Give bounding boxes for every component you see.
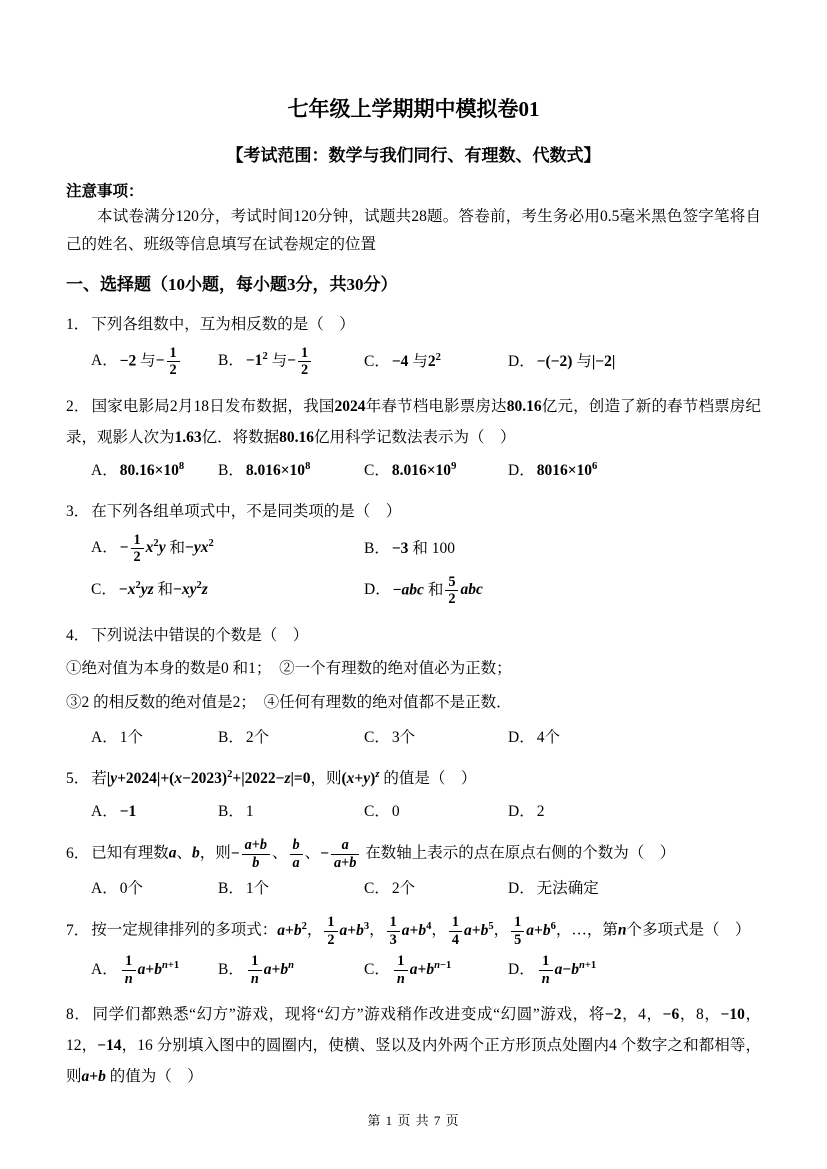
question-2-number: 2． (66, 398, 90, 415)
question-5-options: A．−1 B．1 C．0 D．2 (91, 799, 761, 825)
option-label: B． (218, 961, 244, 978)
question-1-option-d: D．−(−2) 与|−2| (508, 349, 761, 375)
question-1-option-b: B．−12 与−12 (218, 345, 364, 379)
option-label: C． (364, 961, 390, 978)
option-text: 1 (246, 803, 254, 820)
question-6-text: 已知有理数a、b，则−a+bb、ba、−aa+b 在数轴上表示的点在原点右侧的个… (91, 845, 675, 862)
option-label: D． (508, 729, 535, 746)
question-7: 7．按一定规律排列的多项式：a+b2，12a+b3，13a+b4，14a+b5，… (66, 914, 761, 987)
exam-scope: 【考试范围：数学与我们同行、有理数、代数式】 (66, 146, 761, 166)
option-label: D． (364, 581, 391, 598)
option-text: −1 (120, 803, 137, 820)
question-3-option-a: A．−12x2y 和−yx2 (91, 532, 364, 566)
question-5-option-a: A．−1 (91, 799, 218, 825)
option-label: B． (218, 352, 244, 369)
question-3-number: 3． (66, 503, 89, 520)
option-label: A． (91, 462, 118, 479)
question-3-option-d: D．−abc 和52abc (364, 574, 761, 608)
question-1-text: 下列各组数中，互为相反数的是（ ） (91, 316, 355, 333)
question-3-stem: 3．在下列各组单项式中，不是同类项的是（ ） (66, 496, 761, 527)
question-7-option-d: D．1na−bn+1 (508, 953, 761, 987)
option-label: A． (91, 803, 118, 820)
question-2-option-c: C．8.016×109 (364, 458, 508, 484)
option-label: D． (508, 880, 535, 897)
question-7-text: 按一定规律排列的多项式：a+b2，12a+b3，13a+b4，14a+b5，15… (91, 922, 750, 939)
option-label: A． (91, 729, 118, 746)
option-text: −(−2) 与|−2| (537, 353, 616, 370)
question-4-statements-2: ③2 的相反数的绝对值是2； ④任何有理数的绝对值都不是正数． (66, 687, 761, 720)
question-5-option-c: C．0 (364, 799, 508, 825)
question-6-stem: 6．已知有理数a、b，则−a+bb、ba、−aa+b 在数轴上表示的点在原点右侧… (66, 837, 761, 871)
question-6: 6．已知有理数a、b，则−a+bb、ba、−aa+b 在数轴上表示的点在原点右侧… (66, 837, 761, 902)
question-8-number: 8． (66, 1006, 90, 1023)
option-text: 0个 (120, 880, 143, 897)
question-5-option-d: D．2 (508, 799, 761, 825)
question-5-stem: 5．若|y+2024|+(x−2023)2+|2022−z|=0，则(x+y)z… (66, 763, 761, 794)
question-2-stem: 2．国家电影局2月18日发布数据，我国2024年春节档电影票房达80.16亿元，… (66, 391, 761, 453)
question-4-option-a: A．1个 (91, 725, 218, 751)
option-label: C． (91, 581, 117, 598)
page-number-footer: 第 1 页 共 7 页 (0, 1110, 827, 1129)
option-label: B． (218, 729, 244, 746)
question-1-stem: 1．下列各组数中，互为相反数的是（ ） (66, 309, 761, 340)
question-8-text: 同学们都熟悉“幻方”游戏，现将“幻方”游戏稍作改进变成“幻圆”游戏，将−2，4，… (66, 1006, 761, 1085)
option-text: −x2yz 和−xy2z (119, 581, 208, 598)
option-text: 80.16×108 (120, 462, 184, 479)
option-text: 1na−bn+1 (537, 961, 596, 978)
option-label: C． (364, 462, 390, 479)
question-3-options: A．−12x2y 和−yx2 B．−3 和 100 C．−x2yz 和−xy2z… (91, 532, 761, 608)
question-1-option-a: A．−2 与−12 (91, 345, 218, 379)
option-label: C． (364, 880, 390, 897)
question-3: 3．在下列各组单项式中，不是同类项的是（ ） A．−12x2y 和−yx2 B．… (66, 496, 761, 608)
option-text: −2 与−12 (120, 352, 182, 369)
option-text: 8016×106 (537, 462, 598, 479)
question-6-option-a: A．0个 (91, 876, 218, 902)
option-label: D． (508, 462, 535, 479)
question-4-option-c: C．3个 (364, 725, 508, 751)
question-5-option-b: B．1 (218, 799, 364, 825)
question-7-number: 7． (66, 922, 89, 939)
question-4-text: 下列说法中错误的个数是（ ） (91, 627, 308, 644)
option-label: B． (218, 462, 244, 479)
question-7-options: A．1na+bn+1 B．1na+bn C．1na+bn−1 D．1na−bn+… (91, 953, 761, 987)
section-heading: 一、选择题（10小题，每小题3分，共30分） (66, 273, 761, 297)
question-1: 1．下列各组数中，互为相反数的是（ ） A．−2 与−12 B．−12 与−12… (66, 309, 761, 379)
question-3-option-c: C．−x2yz 和−xy2z (91, 577, 364, 603)
question-1-option-c: C．−4 与22 (364, 349, 508, 375)
option-label: A． (91, 961, 118, 978)
option-label: A． (91, 539, 118, 556)
question-6-number: 6． (66, 845, 89, 862)
option-label: B． (218, 803, 244, 820)
option-label: B． (218, 880, 244, 897)
question-4-option-d: D．4个 (508, 725, 761, 751)
notes-label: 注意事项： (66, 179, 761, 201)
option-label: C． (364, 803, 390, 820)
question-4-statements-1: ①绝对值为本身的数是0 和1； ②一个有理数的绝对值必为正数； (66, 653, 761, 686)
question-4-number: 4． (66, 627, 89, 644)
question-7-option-a: A．1na+bn+1 (91, 953, 218, 987)
question-5-number: 5． (66, 770, 89, 787)
option-text: 0 (392, 803, 400, 820)
question-1-options: A．−2 与−12 B．−12 与−12 C．−4 与22 D．−(−2) 与|… (91, 345, 761, 379)
option-text: −12x2y 和−yx2 (120, 539, 214, 556)
exam-page: 七年级上学期期中模拟卷01 【考试范围：数学与我们同行、有理数、代数式】 注意事… (0, 0, 827, 1169)
option-text: 2 (537, 803, 545, 820)
question-6-option-c: C．2个 (364, 876, 508, 902)
question-4-options: A．1个 B．2个 C．3个 D．4个 (91, 725, 761, 751)
option-text: −3 和 100 (392, 540, 455, 557)
question-2-option-a: A．80.16×108 (91, 458, 218, 484)
option-label: A． (91, 880, 118, 897)
question-2: 2．国家电影局2月18日发布数据，我国2024年春节档电影票房达80.16亿元，… (66, 391, 761, 484)
option-label: C． (364, 729, 390, 746)
question-5: 5．若|y+2024|+(x−2023)2+|2022−z|=0，则(x+y)z… (66, 763, 761, 825)
question-6-option-d: D．无法确定 (508, 876, 761, 902)
option-text: 1na+bn+1 (120, 961, 179, 978)
question-7-option-c: C．1na+bn−1 (364, 953, 508, 987)
option-label: A． (91, 352, 118, 369)
question-2-text: 国家电影局2月18日发布数据，我国2024年春节档电影票房达80.16亿元，创造… (66, 398, 761, 446)
option-label: B． (364, 540, 390, 557)
question-8-stem: 8．同学们都熟悉“幻方”游戏，现将“幻方”游戏稍作改进变成“幻圆”游戏，将−2，… (66, 999, 761, 1092)
option-label: D． (508, 961, 535, 978)
question-7-stem: 7．按一定规律排列的多项式：a+b2，12a+b3，13a+b4，14a+b5，… (66, 914, 761, 948)
option-label: D． (508, 803, 535, 820)
option-text: −12 与−12 (246, 352, 313, 369)
question-1-number: 1． (66, 316, 89, 333)
question-4-option-b: B．2个 (218, 725, 364, 751)
option-label: D． (508, 353, 535, 370)
option-text: 2个 (246, 729, 269, 746)
question-4-stem: 4．下列说法中错误的个数是（ ） (66, 620, 761, 651)
question-6-option-b: B．1个 (218, 876, 364, 902)
question-3-text: 在下列各组单项式中，不是同类项的是（ ） (91, 503, 401, 520)
option-text: 1na+bn (246, 961, 294, 978)
option-label: C． (364, 353, 390, 370)
question-2-option-b: B．8.016×108 (218, 458, 364, 484)
question-7-option-b: B．1na+bn (218, 953, 364, 987)
notes-body: 本试卷满分120分，考试时间120分钟，试题共28题。答卷前，考生务必用0.5毫… (66, 203, 761, 259)
question-6-options: A．0个 B．1个 C．2个 D．无法确定 (91, 876, 761, 902)
question-8: 8．同学们都熟悉“幻方”游戏，现将“幻方”游戏稍作改进变成“幻圆”游戏，将−2，… (66, 999, 761, 1092)
option-text: 无法确定 (537, 880, 599, 897)
option-text: 1个 (246, 880, 269, 897)
question-2-options: A．80.16×108 B．8.016×108 C．8.016×109 D．80… (91, 458, 761, 484)
question-4: 4．下列说法中错误的个数是（ ） ①绝对值为本身的数是0 和1； ②一个有理数的… (66, 620, 761, 751)
option-text: 4个 (537, 729, 560, 746)
question-5-text: 若|y+2024|+(x−2023)2+|2022−z|=0，则(x+y)z 的… (91, 770, 476, 787)
question-3-option-b: B．−3 和 100 (364, 536, 761, 562)
option-text: 1个 (120, 729, 143, 746)
option-text: −abc 和52abc (393, 581, 483, 598)
option-text: 1na+bn−1 (392, 961, 451, 978)
option-text: 8.016×108 (246, 462, 310, 479)
exam-title: 七年级上学期期中模拟卷01 (66, 96, 761, 122)
question-2-option-d: D．8016×106 (508, 458, 761, 484)
option-text: 2个 (392, 880, 415, 897)
option-text: 3个 (392, 729, 415, 746)
option-text: −4 与22 (392, 353, 441, 370)
option-text: 8.016×109 (392, 462, 456, 479)
